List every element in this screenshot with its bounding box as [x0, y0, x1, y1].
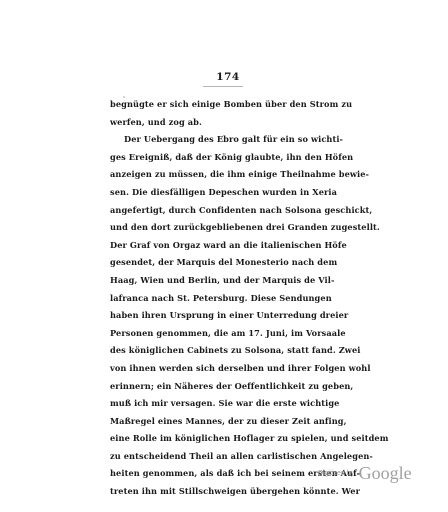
- text-line: werfen, und zog ab.: [110, 114, 312, 132]
- digitized-watermark: Digitized by Google: [318, 463, 412, 484]
- text-line: angefertigt, durch Confidenten nach Sols…: [110, 202, 312, 220]
- text-line: Haag, Wien und Berlin, und der Marquis d…: [110, 272, 312, 290]
- text-line: von ihnen werden sich derselben und ihre…: [110, 360, 312, 378]
- text-line: begnügte er sich einige Bomben über den …: [110, 96, 312, 114]
- text-line: lafranca nach St. Petersburg. Diese Send…: [110, 290, 312, 308]
- text-line: Der Graf von Orgaz ward an die italienis…: [110, 237, 312, 255]
- text-line: muß ich mir versagen. Sie war die erste …: [110, 395, 312, 413]
- text-line: des königlichen Cabinets zu Solsona, sta…: [110, 342, 312, 360]
- text-line: zu entscheidend Theil an allen carlistis…: [110, 448, 312, 466]
- text-line: eine Rolle im königlichen Hoflager zu sp…: [110, 430, 312, 448]
- text-line: erinnern; ein Näheres der Oeffentlichkei…: [110, 378, 312, 396]
- scan-speck: [123, 96, 125, 98]
- text-line: anzeigen zu müssen, die ihm einige Theil…: [110, 166, 312, 184]
- google-logo: Google: [359, 463, 412, 483]
- text-line: gesendet, der Marquis del Monesterio nac…: [110, 254, 312, 272]
- text-line: sen. Die diesfälligen Depeschen wurden i…: [110, 184, 312, 202]
- scan-speck: [330, 350, 332, 352]
- text-line: Der Uebergang des Ebro galt für ein so w…: [110, 131, 312, 149]
- text-line: haben ihren Ursprung in einer Unterredun…: [110, 307, 312, 325]
- text-line: treten ihn mit Stillschweigen übergehen …: [110, 483, 312, 501]
- header-rule: [203, 86, 243, 87]
- text-line: heiten genommen, als daß ich bei seinem …: [110, 465, 312, 483]
- text-block: begnügte er sich einige Bomben über den …: [110, 96, 312, 501]
- text-line: Personen genommen, die am 17. Juni, im V…: [110, 325, 312, 343]
- text-line: Maßregel eines Mannes, der zu dieser Zei…: [110, 413, 312, 431]
- text-line: ges Ereigniß, daß der König glaubte, ihn…: [110, 149, 312, 167]
- text-line: und den dort zurückgebliebenen drei Gran…: [110, 219, 312, 237]
- watermark-prefix: Digitized by: [318, 470, 354, 477]
- page-number: 174: [0, 71, 448, 83]
